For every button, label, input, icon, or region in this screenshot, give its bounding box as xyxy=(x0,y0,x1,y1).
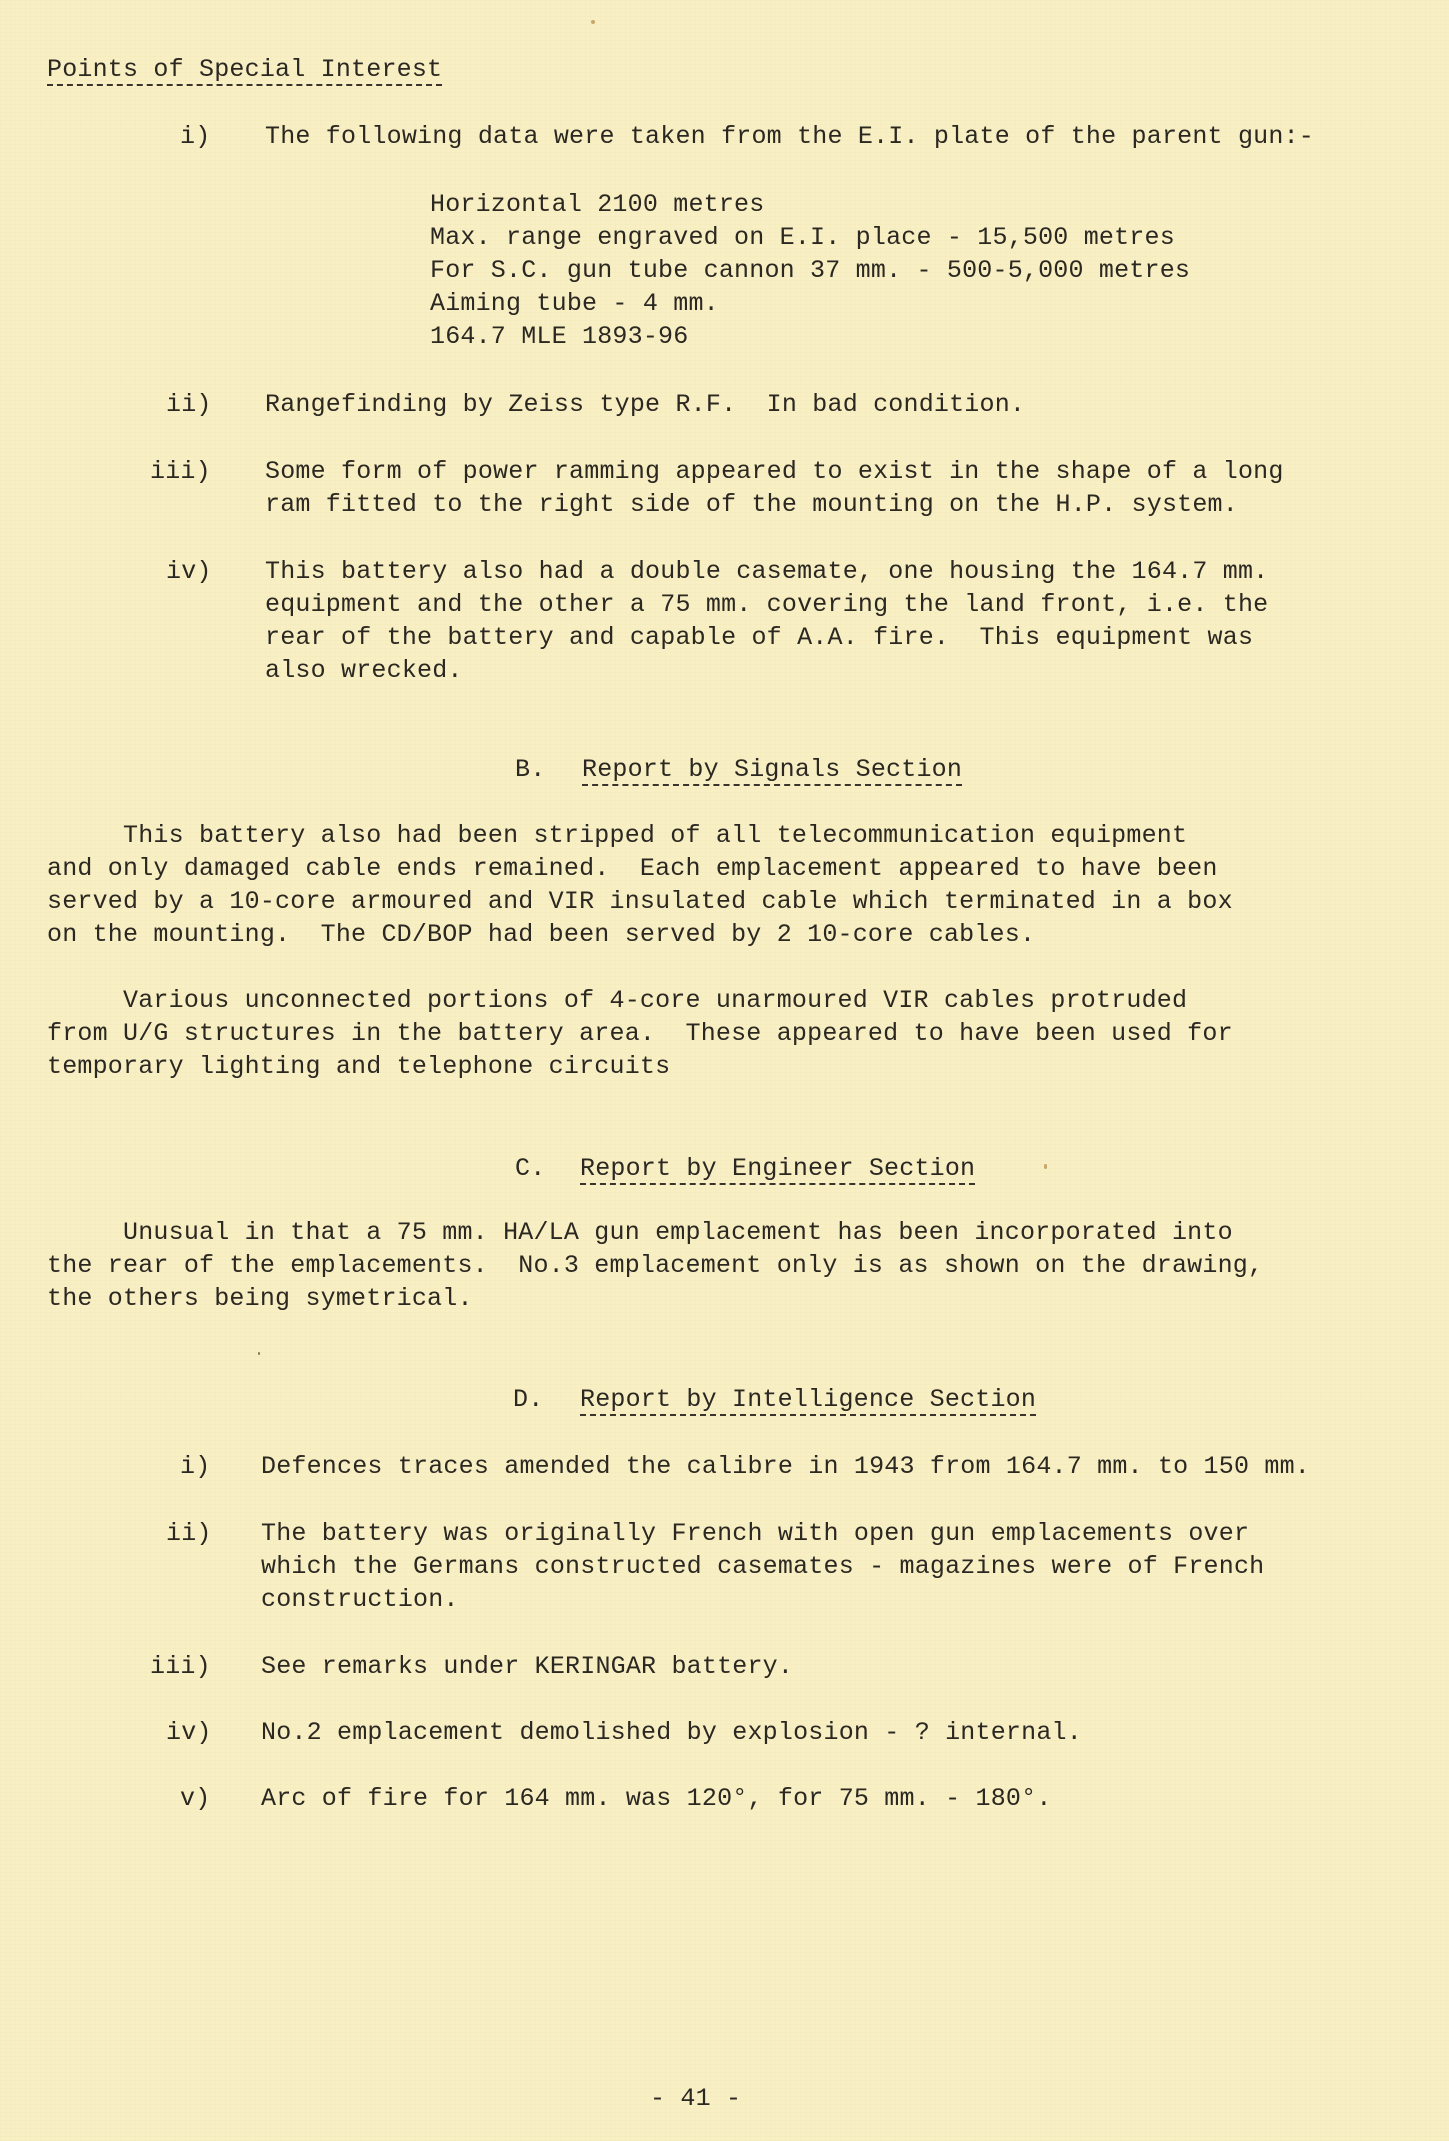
point-number: iv) xyxy=(166,555,212,588)
paragraph-line: Unusual in that a 75 mm. HA/LA gun empla… xyxy=(47,1216,1233,1249)
data-list-item: Aiming tube - 4 mm. xyxy=(430,287,719,320)
page-number: - 41 - xyxy=(650,2082,741,2115)
point-text: also wrecked. xyxy=(265,654,463,687)
section-letter: D. xyxy=(513,1383,543,1416)
section-letter: B. xyxy=(515,753,545,786)
point-text: No.2 emplacement demolished by explosion… xyxy=(261,1716,1082,1749)
point-text: Rangefinding by Zeiss type R.F. In bad c… xyxy=(265,388,1025,421)
paragraph-line: the others being symetrical. xyxy=(47,1282,473,1315)
point-number: iii) xyxy=(150,1650,211,1683)
point-number: iv) xyxy=(166,1716,212,1749)
data-list-item: Max. range engraved on E.I. place - 15,5… xyxy=(430,221,1175,254)
section-title: Report by Signals Section xyxy=(582,753,962,786)
point-number: i) xyxy=(180,1450,210,1483)
paragraph-line: This battery also had been stripped of a… xyxy=(47,819,1187,852)
paper-speck xyxy=(1044,1164,1047,1169)
section-letter: C. xyxy=(515,1152,545,1185)
paragraph-line: Various unconnected portions of 4-core u… xyxy=(47,984,1187,1017)
point-number: ii) xyxy=(166,1517,212,1550)
section-title: Report by Engineer Section xyxy=(580,1152,975,1185)
point-text: Arc of fire for 164 mm. was 120°, for 75… xyxy=(261,1782,1052,1815)
point-text: which the Germans constructed casemates … xyxy=(261,1550,1264,1583)
point-number: ii) xyxy=(166,388,212,421)
paragraph-line: from U/G structures in the battery area.… xyxy=(47,1017,1233,1050)
point-text: This battery also had a double casemate,… xyxy=(265,555,1268,588)
point-text: construction. xyxy=(261,1583,459,1616)
point-text: rear of the battery and capable of A.A. … xyxy=(265,621,1253,654)
paragraph-line: temporary lighting and telephone circuit… xyxy=(47,1050,670,1083)
data-list-item: For S.C. gun tube cannon 37 mm. - 500-5,… xyxy=(430,254,1190,287)
paragraph-line: served by a 10-core armoured and VIR ins… xyxy=(47,885,1233,918)
point-number: i) xyxy=(180,120,210,153)
point-text: Defences traces amended the calibre in 1… xyxy=(261,1450,1310,1483)
paper-speck xyxy=(591,20,595,24)
data-list-item: 164.7 MLE 1893-96 xyxy=(430,320,688,353)
point-text: The following data were taken from the E… xyxy=(265,120,1314,153)
point-text: equipment and the other a 75 mm. coverin… xyxy=(265,588,1268,621)
point-text: Some form of power ramming appeared to e… xyxy=(265,455,1284,488)
paper-speck xyxy=(258,1352,260,1355)
point-text: ram fitted to the right side of the moun… xyxy=(265,488,1238,521)
point-text: The battery was originally French with o… xyxy=(261,1517,1249,1550)
page-heading: Points of Special Interest xyxy=(47,53,442,86)
paragraph-line: the rear of the emplacements. No.3 empla… xyxy=(47,1249,1263,1282)
data-list-item: Horizontal 2100 metres xyxy=(430,188,764,221)
paragraph-line: on the mounting. The CD/BOP had been ser… xyxy=(47,918,1035,951)
point-text: See remarks under KERINGAR battery. xyxy=(261,1650,793,1683)
point-number: v) xyxy=(180,1782,210,1815)
paragraph-line: and only damaged cable ends remained. Ea… xyxy=(47,852,1218,885)
point-number: iii) xyxy=(150,455,211,488)
document-page: Points of Special Interest i) The follow… xyxy=(0,0,1449,2141)
section-title: Report by Intelligence Section xyxy=(580,1383,1036,1416)
